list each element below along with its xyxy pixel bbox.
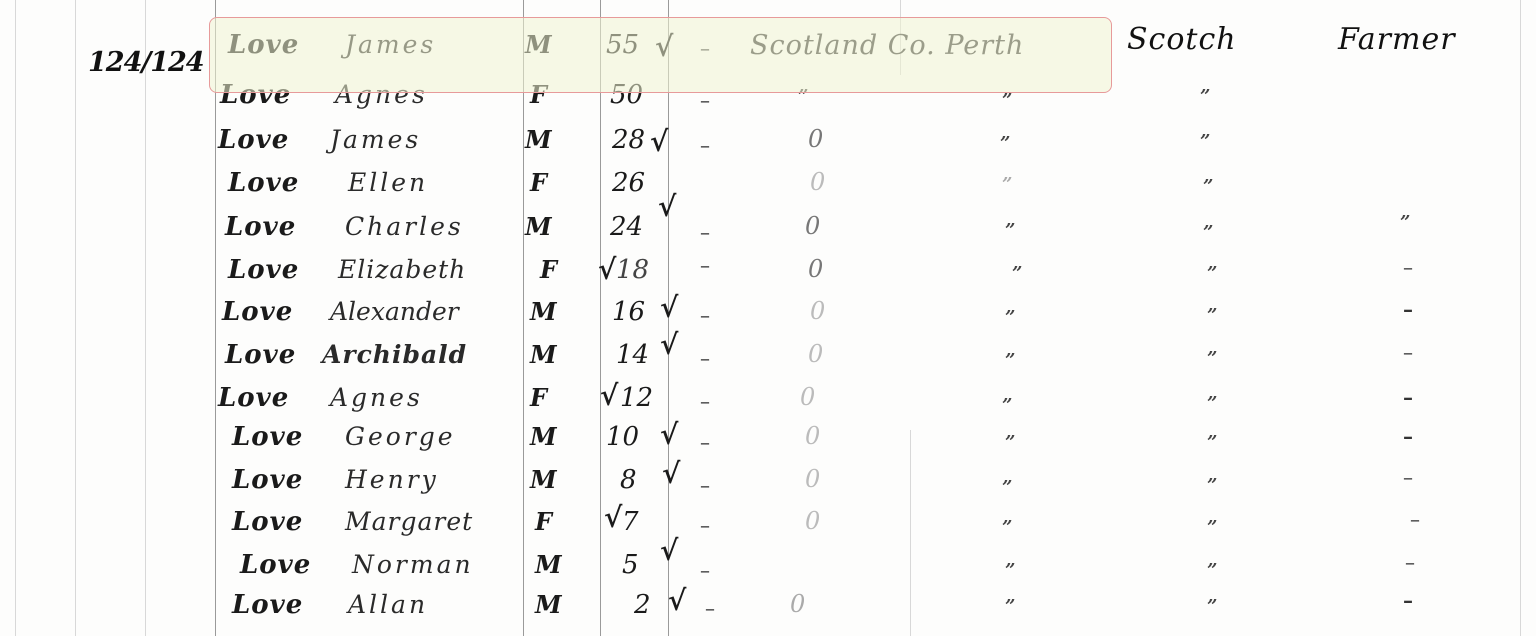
dash-mark: – [700, 220, 710, 244]
ditto-mark: ” [1000, 133, 1010, 154]
occupation-dash: – [1403, 588, 1413, 612]
surname: Love [222, 297, 293, 327]
sex: F [530, 383, 547, 412]
ditto-mark: ” [1002, 395, 1012, 416]
occupation-dash: – [1403, 424, 1413, 448]
sex: M [530, 465, 557, 494]
check-mark-icon: √ [668, 584, 686, 617]
check-mark-icon: √ [660, 534, 678, 567]
sex: M [530, 340, 557, 369]
ditto-mark: ” [1005, 432, 1015, 453]
surname: Love [232, 590, 303, 620]
check-mark-icon: √ [598, 253, 616, 286]
dash-mark: – [700, 389, 710, 413]
origin-ditto: ” [1207, 432, 1217, 453]
census-row: Love Norman M 5 √ – ” ” – [0, 550, 1536, 592]
occupation-dash: – [1403, 385, 1413, 409]
given-name: Agnes [330, 383, 423, 412]
sex: M [525, 125, 552, 154]
dash-mark: – [700, 558, 710, 582]
age: 18 [616, 255, 649, 285]
surname: Love [218, 125, 289, 155]
age: 28 [612, 125, 645, 155]
age: 10 [606, 422, 639, 452]
sex: F [530, 168, 547, 197]
census-row: Love George M 10 √ – 0 ” ” – [0, 422, 1536, 464]
census-row: Love Alexander M 16 √ – 0 ” ” – [0, 297, 1536, 339]
census-row: Love Margaret F √ 7 – 0 ” ” – [0, 507, 1536, 549]
occupation-ditto: ” [1400, 212, 1410, 233]
given-name: Archibald [322, 340, 467, 369]
ditto-mark: ” [1005, 596, 1015, 617]
given-name: Margaret [345, 507, 473, 536]
surname: Love [232, 465, 303, 495]
census-row: Love Henry M 8 √ – 0 ” ” – [0, 465, 1536, 507]
origin-ditto: ” [1207, 393, 1217, 414]
origin-ditto: ” [1203, 222, 1213, 243]
given-name: Charles [345, 212, 464, 241]
dash-mark: – [700, 513, 710, 537]
given-name: Henry [345, 465, 439, 494]
dash-mark: – [700, 430, 710, 454]
sex: M [530, 422, 557, 451]
ditto-mark: ” [1002, 477, 1012, 498]
census-row: Love Elizabeth F √ 18 – 0 ” ” – [0, 255, 1536, 297]
dash-mark: – [705, 596, 715, 620]
surname: Love [228, 255, 299, 285]
ditto-mark: ” [1002, 90, 1012, 111]
census-row: Love Archibald M 14 √ – 0 ” ” – [0, 340, 1536, 382]
occupation-dash: – [1403, 465, 1413, 489]
census-row: Love Charles M 24 √ – 0 ” ” ” [0, 212, 1536, 254]
check-mark-icon: √ [658, 190, 676, 223]
check-mark-icon: √ [600, 379, 618, 412]
birthplace-mark: 0 [800, 383, 815, 411]
ditto-mark: ” [1012, 263, 1022, 284]
dash-mark: – [700, 133, 710, 157]
check-mark-icon: √ [662, 457, 680, 490]
surname: Love [218, 383, 289, 413]
given-name: George [345, 422, 456, 451]
age: 12 [620, 383, 653, 413]
census-row: Love Allan M 2 √ – 0 ” ” – [0, 590, 1536, 632]
origin-ditto: ” [1207, 305, 1217, 326]
occupation-dash: – [1403, 255, 1413, 279]
surname: Love [232, 507, 303, 537]
origin-ditto: ” [1207, 517, 1217, 538]
census-row: Love Agnes F √ 12 – 0 ” ” – [0, 383, 1536, 425]
dash-mark: – [700, 303, 710, 327]
dash-mark: – [700, 473, 710, 497]
sex: M [530, 297, 557, 326]
check-mark-icon: √ [604, 501, 622, 534]
ditto-mark: ” [1005, 350, 1015, 371]
dash-mark: – [700, 346, 710, 370]
surname: Love [240, 550, 311, 580]
sex: M [535, 590, 562, 619]
birthplace-mark: 0 [790, 590, 805, 618]
selected-record-highlight[interactable] [209, 17, 1112, 93]
sex: F [535, 507, 552, 536]
surname: Love [225, 212, 296, 242]
check-mark-icon: √ [660, 328, 678, 361]
age: 26 [612, 168, 645, 198]
census-row: Love James M 28 √ – 0 ” ” [0, 125, 1536, 167]
birthplace-mark: 0 [805, 507, 820, 535]
dash-mark: – [700, 253, 710, 277]
origin-ditto: ” [1200, 131, 1210, 152]
age: 24 [610, 212, 643, 242]
origin-ditto: ” [1207, 263, 1217, 284]
surname: Love [228, 168, 299, 198]
origin-ditto: ” [1207, 348, 1217, 369]
age: 7 [622, 507, 639, 537]
origin-ditto: ” [1207, 475, 1217, 496]
ditto-mark: ” [1005, 220, 1015, 241]
surname: Love [232, 422, 303, 452]
origin-ditto: ” [1207, 560, 1217, 581]
check-mark-icon: √ [660, 291, 678, 324]
birthplace-mark: 0 [810, 297, 825, 325]
census-row: Love Ellen F 26 0 ” ” [0, 168, 1536, 210]
given-name: James [330, 125, 421, 154]
birthplace-mark: 0 [808, 340, 823, 368]
age: 2 [634, 590, 651, 620]
age: 16 [612, 297, 645, 327]
sex: M [525, 212, 552, 241]
age: 14 [616, 340, 649, 370]
ditto-mark: ” [1002, 517, 1012, 538]
ditto-mark: ” [1005, 560, 1015, 581]
occupation-dash: – [1405, 550, 1415, 574]
surname: Love [225, 340, 296, 370]
birthplace-mark: 0 [805, 465, 820, 493]
given-name: Elizabeth [338, 255, 466, 284]
birthplace-mark: 0 [805, 212, 820, 240]
check-mark-icon: √ [650, 125, 668, 158]
occupation-dash: – [1403, 340, 1413, 364]
origin-ditto: ” [1207, 596, 1217, 617]
ditto-mark: ” [1002, 174, 1012, 195]
birthplace-mark: 0 [805, 422, 820, 450]
occupation-dash: – [1403, 297, 1413, 321]
age: 8 [620, 465, 637, 495]
check-mark-icon: √ [660, 418, 678, 451]
origin-ditto: ” [1200, 86, 1210, 107]
birthplace-mark: 0 [808, 255, 823, 283]
age: 5 [622, 550, 639, 580]
given-name: Norman [352, 550, 474, 579]
birthplace-mark: 0 [808, 125, 823, 153]
given-name: Allan [348, 590, 428, 619]
occupation-dash: – [1410, 507, 1420, 531]
census-page-scan: 124/124 Scotch Farmer Love James M 55 √ … [0, 0, 1536, 636]
birthplace-mark: 0 [810, 168, 825, 196]
sex: M [535, 550, 562, 579]
given-name: Alexander [330, 297, 459, 326]
ditto-mark: ” [1005, 307, 1015, 328]
given-name: Ellen [348, 168, 428, 197]
origin-ditto: ” [1203, 176, 1213, 197]
sex: F [540, 255, 557, 284]
